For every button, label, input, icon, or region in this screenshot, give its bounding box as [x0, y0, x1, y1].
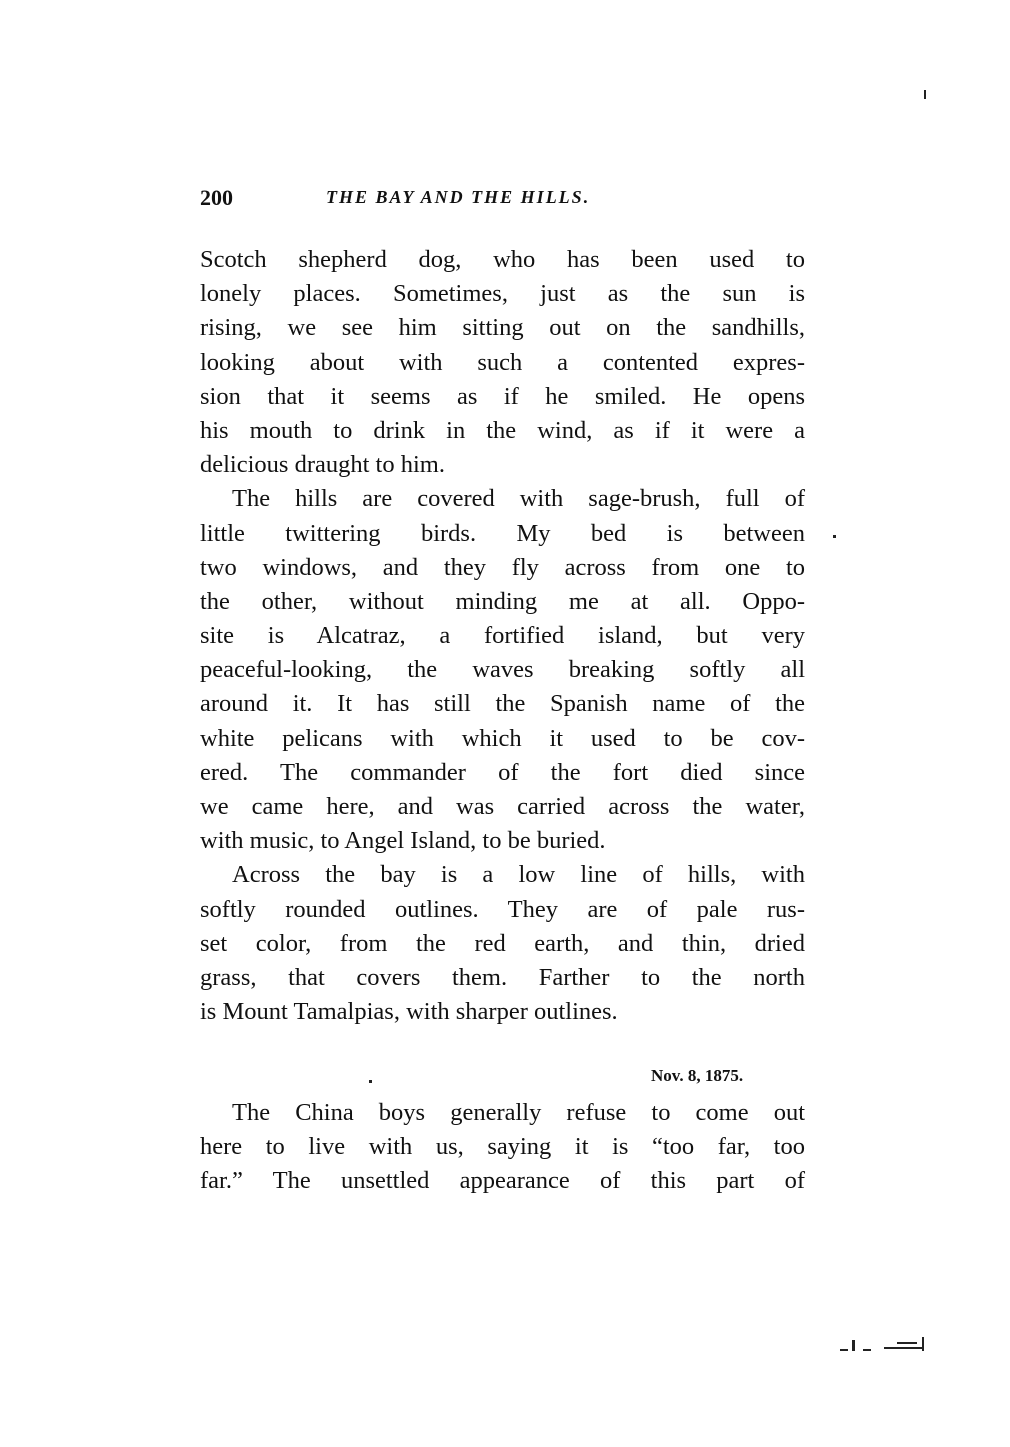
text-line: ered. The commander of the fort died sin… [200, 756, 805, 790]
text-line: his mouth to drink in the wind, as if it… [200, 414, 805, 448]
text-line: the other, without minding me at all. Op… [200, 585, 805, 619]
text-line: Scotch shepherd dog, who has been used t… [200, 243, 805, 277]
text-line: far.” The unsettled appearance of this p… [200, 1164, 805, 1198]
text-line: delicious draught to him. [200, 448, 805, 482]
text-line: with music, to Angel Island, to be burie… [200, 824, 805, 858]
body-text: Scotch shepherd dog, who has been used t… [200, 243, 805, 1029]
scan-artifact [884, 1347, 924, 1349]
text-line: lonely places. Sometimes, just as the su… [200, 277, 805, 311]
text-line: softly rounded outlines. They are of pal… [200, 893, 805, 927]
text-line: grass, that covers them. Farther to the … [200, 961, 805, 995]
page-header: 200 THE BAY AND THE HILLS. [200, 185, 810, 215]
scan-artifact [922, 1337, 924, 1351]
scan-speck [924, 90, 926, 99]
text-line: looking about with such a contented expr… [200, 346, 805, 380]
text-line: we came here, and was carried across the… [200, 790, 805, 824]
scan-artifact [840, 1349, 848, 1351]
page-number: 200 [200, 185, 233, 211]
paragraph-2: The hills are covered with sage-brush, f… [200, 482, 805, 858]
dateline: Nov. 8, 1875. [651, 1066, 743, 1086]
text-line: two windows, and they fly across from on… [200, 551, 805, 585]
text-line: site is Alcatraz, a fortified island, bu… [200, 619, 805, 653]
text-line: little twittering birds. My bed is betwe… [200, 517, 805, 551]
book-page: 200 THE BAY AND THE HILLS. Scotch shephe… [0, 0, 1010, 1447]
text-line: Across the bay is a low line of hills, w… [200, 858, 805, 892]
scan-artifact [897, 1342, 917, 1344]
text-line: here to live with us, saying it is “too … [200, 1130, 805, 1164]
text-line: is Mount Tamalpias, with sharper outline… [200, 995, 805, 1029]
text-line: around it. It has still the Spanish name… [200, 687, 805, 721]
scan-speck [369, 1080, 372, 1083]
text-line: sion that it seems as if he smiled. He o… [200, 380, 805, 414]
scan-artifact [852, 1340, 855, 1351]
paragraph-4: The China boys generally refuse to come … [200, 1096, 805, 1199]
running-title: THE BAY AND THE HILLS. [326, 187, 590, 208]
text-line: The China boys generally refuse to come … [200, 1096, 805, 1130]
text-line: rising, we see him sitting out on the sa… [200, 311, 805, 345]
text-line: set color, from the red earth, and thin,… [200, 927, 805, 961]
text-line: The hills are covered with sage-brush, f… [200, 482, 805, 516]
scan-artifact [863, 1349, 871, 1351]
paragraph-3: Across the bay is a low line of hills, w… [200, 858, 805, 1029]
scan-speck [833, 535, 836, 538]
text-line: white pelicans with which it used to be … [200, 722, 805, 756]
text-line: peaceful-looking, the waves breaking sof… [200, 653, 805, 687]
paragraph-1: Scotch shepherd dog, who has been used t… [200, 243, 805, 482]
